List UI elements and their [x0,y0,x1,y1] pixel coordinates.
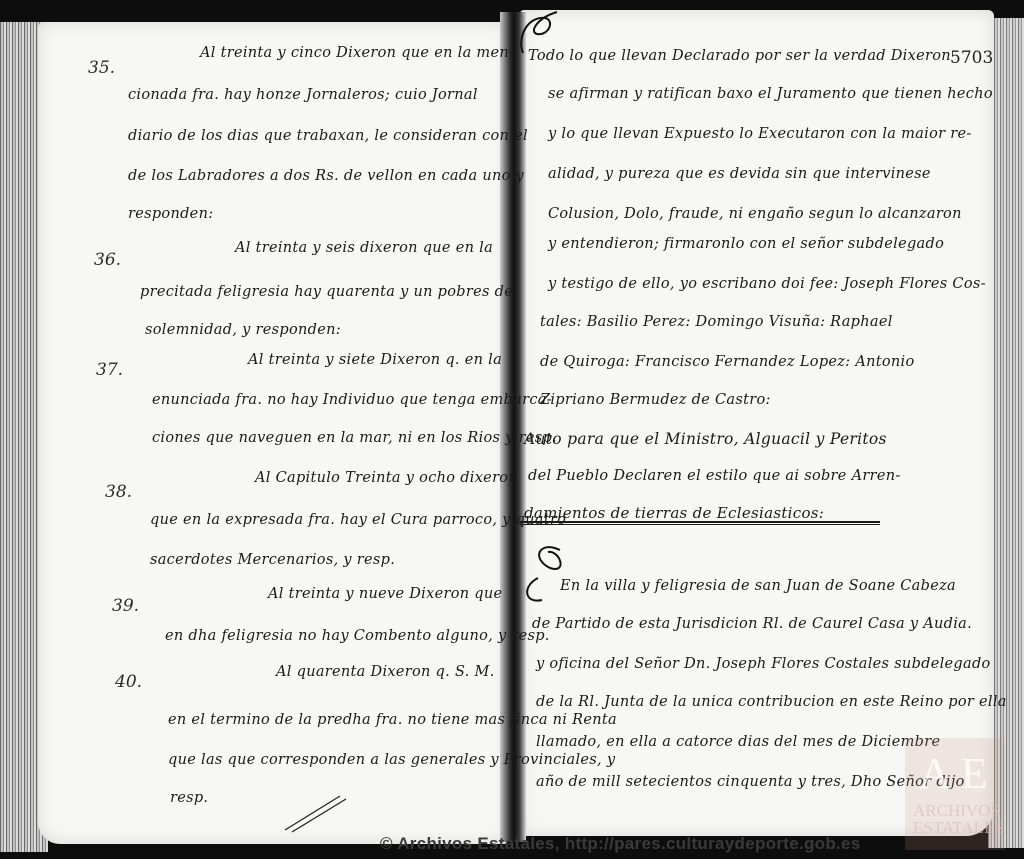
paragraph-number: 38. [105,482,132,502]
manuscript-line: y testigo de ello, yo escribano doi fee:… [548,276,986,292]
manuscript-line: tales: Basilio Perez: Domingo Visuña: Ra… [540,314,893,330]
manuscript-line: y entendieron; firmaronlo con el señor s… [548,236,944,252]
closing-flourish [280,790,350,835]
manuscript-line: en dha feligresia no hay Combento alguno… [165,628,550,644]
manuscript-line: diario de los dias que trabaxan, le cons… [128,128,528,144]
manuscript-line: Al treinta y nueve Dixeron que [268,586,502,602]
initial-flourish [520,538,580,608]
manuscript-line: solemnidad, y responden: [145,322,341,338]
manuscript-line: en el termino de la predha fra. no tiene… [168,712,617,728]
manuscript-line: cionada fra. hay honze Jornaleros; cuio … [128,87,478,103]
manuscript-line: responden: [128,206,213,222]
manuscript-line: Al treinta y cinco Dixeron que en la men… [200,45,514,61]
manuscript-line: que en la expresada fra. hay el Cura par… [150,512,566,528]
logo-caption: ARCHIVOS ESTATALES [913,802,1004,836]
section-heading-line: Auto para que el Ministro, Alguacil y Pe… [524,430,887,448]
manuscript-line: de Partido de esta Jurisdicion Rl. de Ca… [532,616,972,632]
manuscript-line: Al treinta y seis dixeron que en la [235,240,493,256]
copyright-watermark: © Archivos Estatales, http://pares.cultu… [380,834,861,854]
manuscript-line: Zipriano Bermudez de Castro: [540,392,771,408]
paragraph-number: 37. [96,360,123,380]
manuscript-line: Al Capitulo Treinta y ocho dixeron [255,470,518,486]
archivos-estatales-logo: AE ARCHIVOS ESTATALES [905,738,1005,850]
manuscript-line: que las que corresponden a las generales… [168,752,615,768]
folio-number: 5703 [950,48,993,68]
manuscript-scan: 35. Al treinta y cinco Dixeron que en la… [0,0,1024,859]
paragraph-number: 35. [88,58,115,78]
manuscript-line: alidad, y pureza que es devida sin que i… [548,166,931,182]
heading-underline [520,521,880,525]
paragraph-number: 36. [94,250,121,270]
manuscript-line: de Quiroga: Francisco Fernandez Lopez: A… [540,354,915,370]
manuscript-line: Todo lo que llevan Declarado por ser la … [528,48,951,64]
manuscript-line: se afirman y ratifican baxo el Juramento… [548,86,993,102]
paragraph-number: 40. [115,672,142,692]
manuscript-line: de los Labradores a dos Rs. de vellon en… [128,168,524,184]
manuscript-line: precitada feligresia hay quarenta y un p… [140,284,513,300]
manuscript-line: de la Rl. Junta de la unica contribucion… [536,694,1007,710]
manuscript-line: Al quarenta Dixeron q. S. M. [276,664,495,680]
manuscript-line: y lo que llevan Expuesto lo Executaron c… [548,126,972,142]
manuscript-line: resp. [170,790,208,806]
manuscript-line: Al treinta y siete Dixeron q. en la [248,352,502,368]
paragraph-number: 39. [112,596,139,616]
manuscript-line: año de mill setecientos cinquenta y tres… [536,774,965,790]
manuscript-line: y oficina del Señor Dn. Joseph Flores Co… [536,656,991,672]
manuscript-line: En la villa y feligresia de san Juan de … [560,578,956,594]
manuscript-line: sacerdotes Mercenarios, y resp. [150,552,395,568]
manuscript-line: ciones que naveguen en la mar, ni en los… [152,430,557,446]
manuscript-line: enunciada fra. no hay Individuo que teng… [152,392,552,408]
manuscript-line: Colusion, Dolo, fraude, ni engaño segun … [548,206,962,222]
section-heading-line: del Pueblo Declaren el estilo que ai sob… [528,468,901,484]
logo-letters: AE [919,748,998,799]
manuscript-line: llamado, en ella a catorce dias del mes … [536,734,940,750]
section-heading-line: damientos de tierras de Eclesiasticos: [524,504,824,522]
